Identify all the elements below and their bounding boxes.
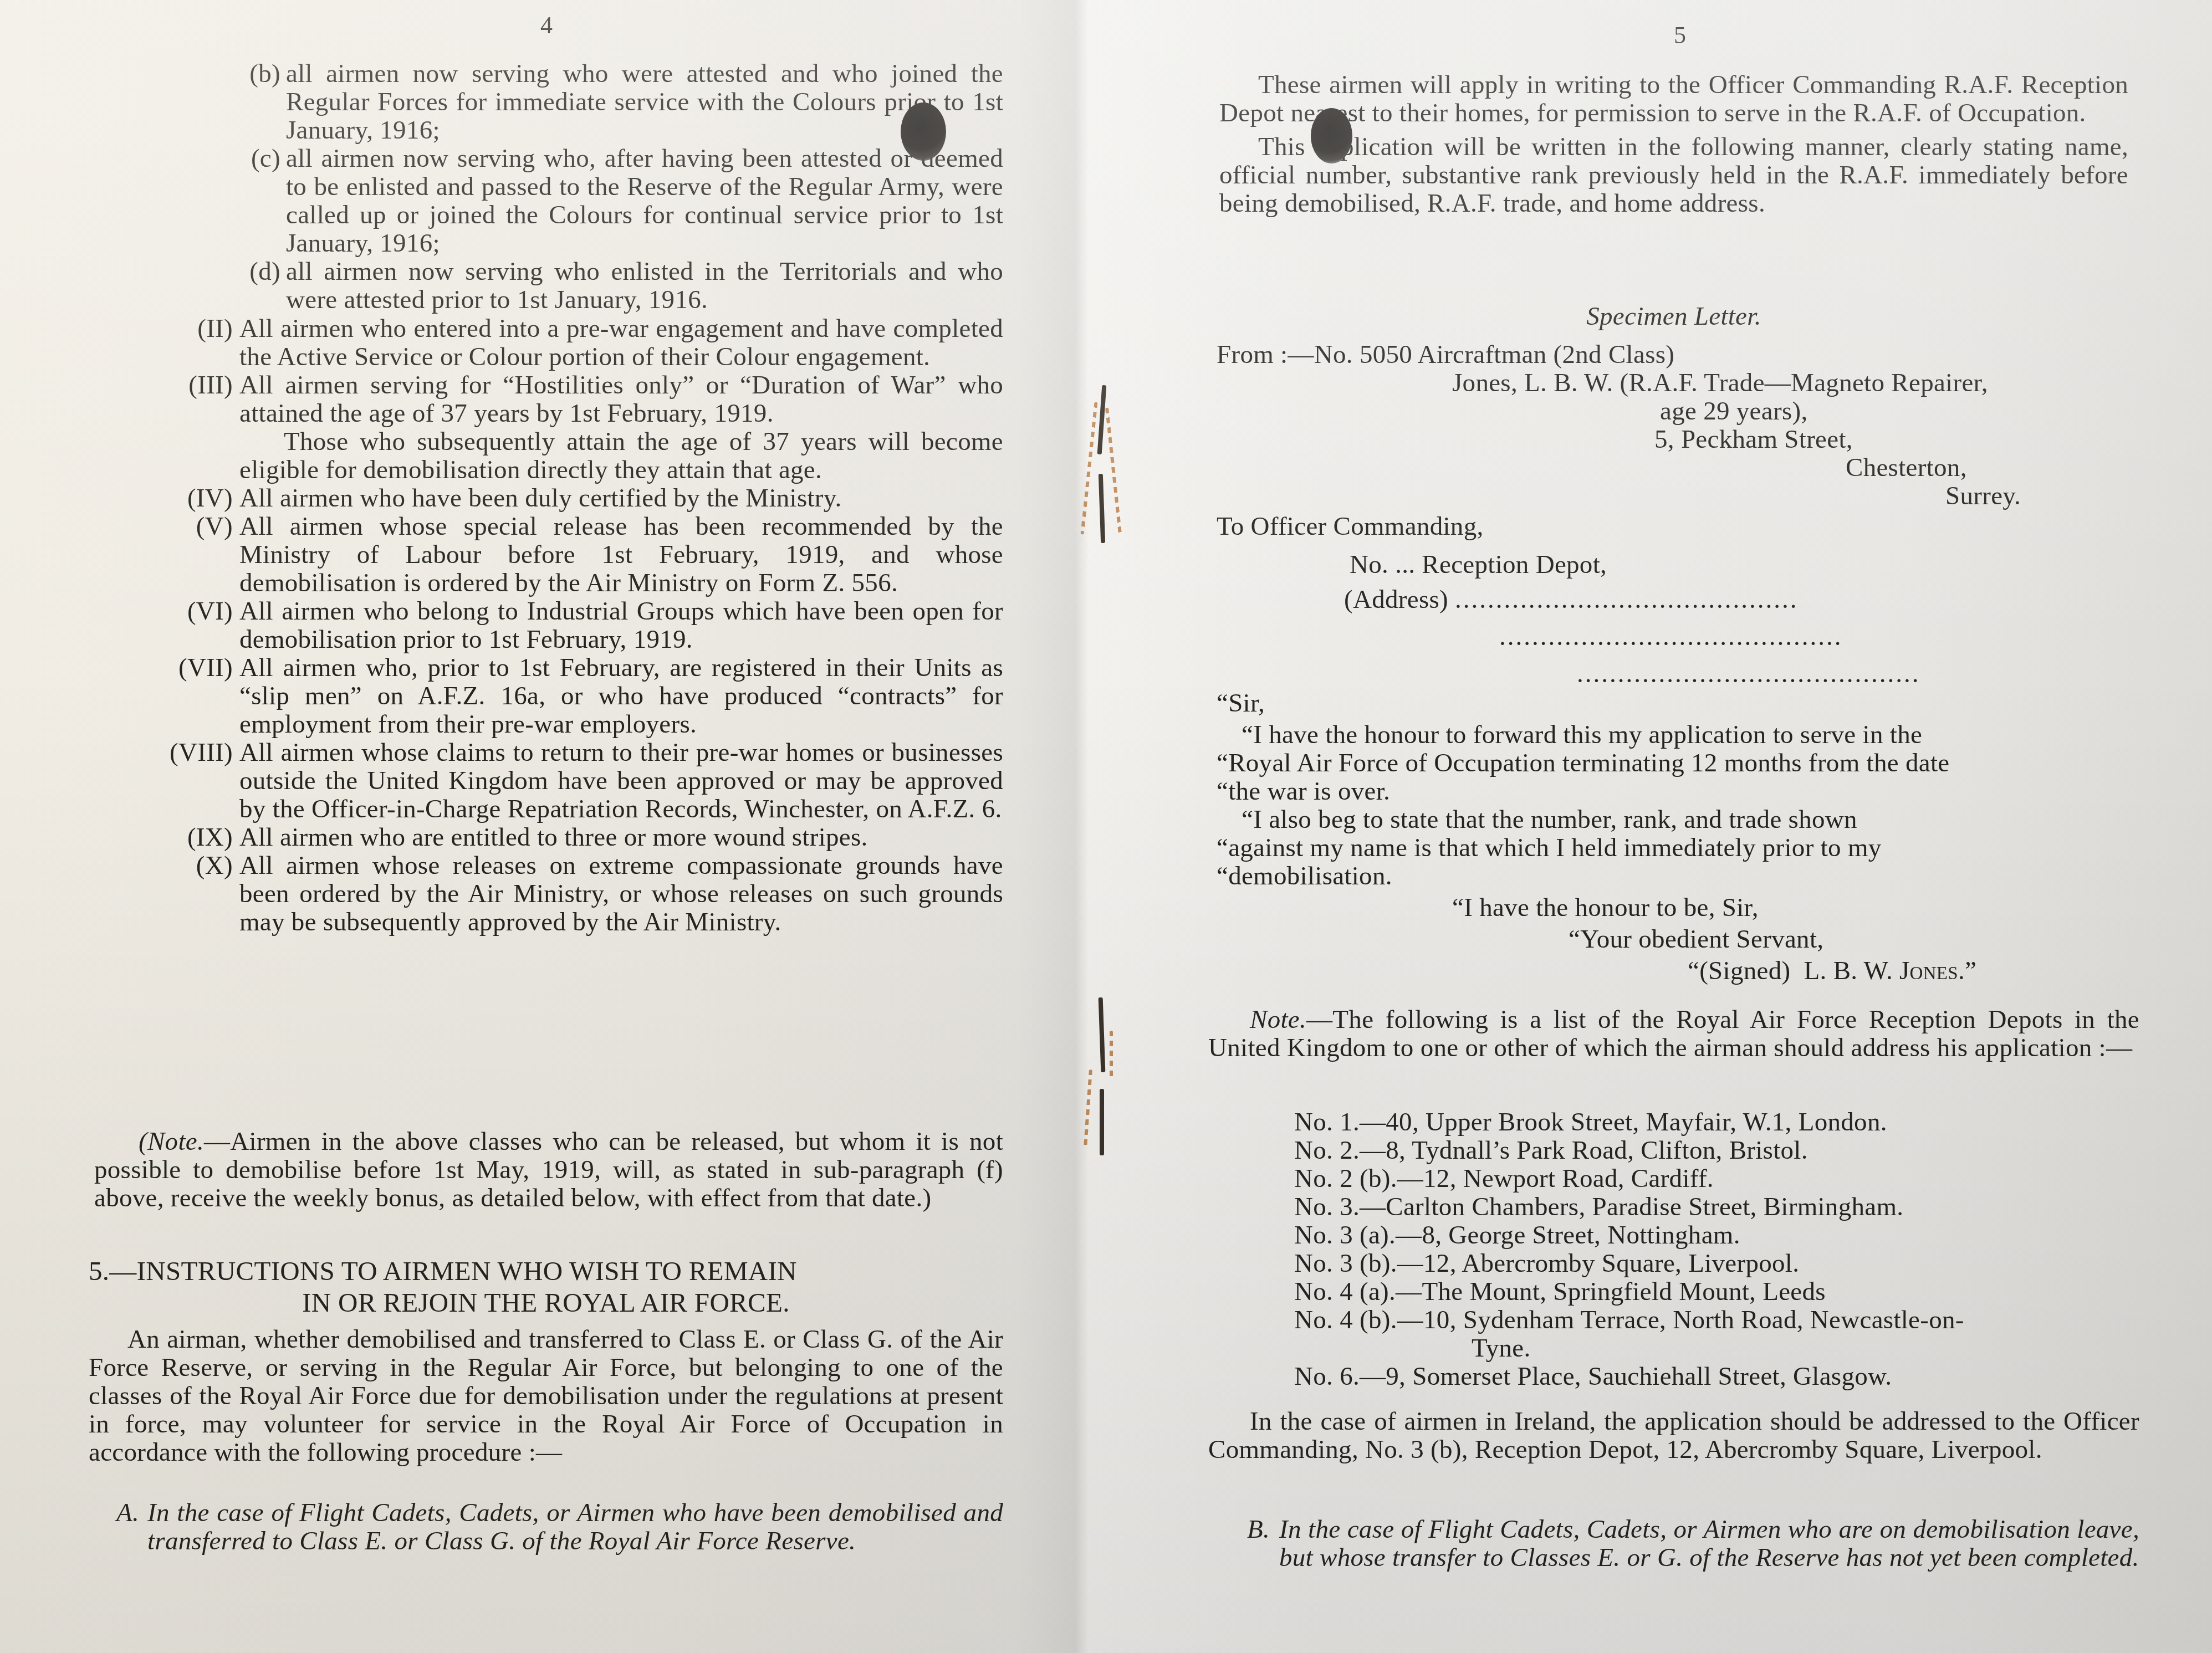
class-item-vi: (VI) All airmen who belong to Industrial… — [122, 597, 1003, 654]
class-item-x: (X) All airmen whose releases on extreme… — [122, 852, 1003, 936]
depot-item: No. 3.—Carlton Chambers, Paradise Street… — [1294, 1193, 2137, 1221]
application-instructions: These airmen will apply in writing to th… — [1219, 71, 2128, 218]
sub-items-list: (b) all airmen now serving who were atte… — [238, 60, 1003, 314]
subsection-b: B. In the case of Flight Cadets, Cadets,… — [1247, 1516, 2139, 1572]
section-5-body: An airman, whether demobilised and trans… — [89, 1326, 1003, 1467]
class-item-viii: (VIII) All airmen whose claims to return… — [122, 739, 1003, 823]
staple-top — [1085, 385, 1118, 546]
depot-item-continuation: Tyne. — [1294, 1334, 2137, 1363]
address-dotted-line-3: ........................................… — [1217, 660, 2137, 688]
depot-item: No. 4 (b).—10, Sydenham Terrace, North R… — [1294, 1306, 2137, 1334]
depot-list: No. 1.—40, Upper Brook Street, Mayfair, … — [1294, 1108, 2137, 1391]
address-dotted-line-2: ........................................… — [1217, 623, 2137, 651]
note-paragraph: (Note.—Airmen in the above classes who c… — [94, 1128, 1003, 1212]
depot-item: No. 3 (b).—12, Abercromby Square, Liverp… — [1294, 1250, 2137, 1278]
class-item-ix: (IX) All airmen who are entitled to thre… — [122, 823, 1003, 852]
page-number: 4 — [540, 11, 553, 39]
depot-note: Note.—The following is a list of the Roy… — [1208, 1006, 2139, 1062]
section-5-heading: 5.—Instructions to airmen who wish to re… — [89, 1255, 1003, 1318]
class-item-v: (V) All airmen whose special release has… — [122, 513, 1003, 597]
address-label: (Address) — [1344, 585, 1448, 614]
depot-item: No. 2.—8, Tydnall’s Park Road, Clifton, … — [1294, 1137, 2137, 1165]
sub-item-c: (c) all airmen now serving who, after ha… — [238, 145, 1003, 258]
depot-item: No. 4 (a).—The Mount, Springfield Mount,… — [1294, 1278, 2137, 1306]
depot-item: No. 6.—9, Somerset Place, Sauchiehall St… — [1294, 1363, 2137, 1391]
sub-item-b: (b) all airmen now serving who were atte… — [238, 60, 1003, 145]
subsection-a: A. In the case of Flight Cadets, Cadets,… — [116, 1499, 1003, 1555]
punch-hole — [1311, 108, 1352, 163]
staple-bottom — [1085, 997, 1118, 1155]
address-dotted-line-1: ........................................… — [1455, 585, 1799, 614]
left-page: 4 (b) all airmen now serving who were at… — [83, 0, 1003, 1653]
ireland-paragraph: In the case of airmen in Ireland, the ap… — [1208, 1408, 2139, 1464]
class-item-iii: (III) All airmen serving for “Hostilitie… — [122, 371, 1003, 484]
class-item-ii: (II) All airmen who entered into a pre-w… — [122, 315, 1003, 371]
class-item-vii: (VII) All airmen who, prior to 1st Febru… — [122, 654, 1003, 739]
class-list: (II) All airmen who entered into a pre-w… — [122, 315, 1003, 936]
right-page: 5 These airmen will apply in writing to … — [1203, 0, 2145, 1653]
depot-item: No. 2 (b).—12, Newport Road, Cardiff. — [1294, 1165, 2137, 1193]
sub-item-d: (d) all airmen now serving who enlisted … — [238, 258, 1003, 314]
signature-name: L. B. W. Jones.” — [1804, 956, 1977, 985]
specimen-letter: From :—No. 5050 Aircraftman (2nd Class) … — [1217, 341, 2137, 985]
punch-hole — [901, 103, 946, 161]
page-number: 5 — [1674, 21, 1686, 49]
class-item-iv: (IV) All airmen who have been duly certi… — [122, 484, 1003, 513]
specimen-letter-title: Specimen Letter. — [1203, 303, 2145, 331]
depot-item: No. 3 (a).—8, George Street, Nottingham. — [1294, 1221, 2137, 1250]
depot-item: No. 1.—40, Upper Brook Street, Mayfair, … — [1294, 1108, 2137, 1137]
